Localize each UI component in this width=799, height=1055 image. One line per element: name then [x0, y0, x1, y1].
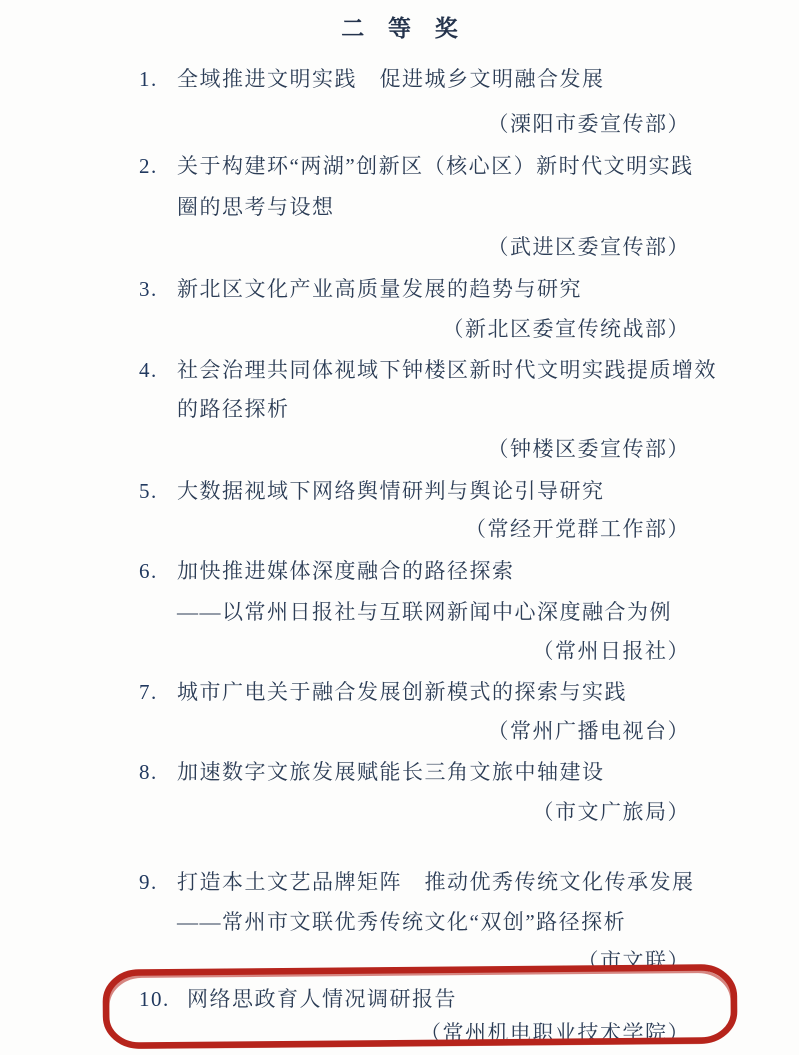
- item-number: 6.: [139, 556, 177, 586]
- page-title: 二 等 奖: [0, 10, 799, 43]
- item-title: 打造本土文艺品牌矩阵 推动优秀传统文化传承发展: [177, 870, 695, 894]
- item-org: （武进区委宣传部）: [0, 232, 799, 264]
- list-item: 5.大数据视域下网络舆情研判与舆论引导研究: [0, 476, 799, 508]
- item-title-continuation: 圈的思考与设想: [0, 192, 799, 224]
- item-title: 大数据视域下网络舆情研判与舆论引导研究: [177, 479, 605, 503]
- list-item: 1.全域推进文明实践 促进城乡文明融合发展: [0, 64, 799, 96]
- item-title: 城市广电关于融合发展创新模式的探索与实践: [177, 680, 627, 704]
- item-org: （常州机电职业技术学院）: [0, 1018, 799, 1050]
- item-subtitle: ——常州市文联优秀传统文化“双创”路径探析: [0, 907, 799, 939]
- item-number: 7.: [139, 677, 177, 707]
- item-number: 9.: [139, 867, 177, 897]
- item-subtitle: ——以常州日报社与互联网新闻中心深度融合为例: [0, 597, 799, 629]
- item-number: 2.: [139, 151, 177, 181]
- item-title: 全域推进文明实践 促进城乡文明融合发展: [177, 67, 605, 91]
- list-item: 2.关于构建环“两湖”创新区（核心区）新时代文明实践: [0, 151, 799, 183]
- item-number: 4.: [139, 355, 177, 385]
- item-org: （常州广播电视台）: [0, 716, 799, 748]
- item-number: 3.: [139, 274, 177, 304]
- document-page: 二 等 奖 1.全域推进文明实践 促进城乡文明融合发展 （溧阳市委宣传部） 2.…: [0, 0, 799, 1055]
- list-item-highlighted: 10.网络思政育人情况调研报告: [0, 984, 799, 1016]
- item-number: 5.: [139, 476, 177, 506]
- list-item: 3.新北区文化产业高质量发展的趋势与研究: [0, 274, 799, 306]
- list-item: 8.加速数字文旅发展赋能长三角文旅中轴建设: [0, 757, 799, 789]
- item-title: 网络思政育人情况调研报告: [187, 987, 457, 1011]
- item-title: 加速数字文旅发展赋能长三角文旅中轴建设: [177, 760, 605, 784]
- item-title: 新北区文化产业高质量发展的趋势与研究: [177, 277, 582, 301]
- item-org: （市文联）: [0, 946, 799, 978]
- item-title: 关于构建环“两湖”创新区（核心区）新时代文明实践: [177, 154, 694, 178]
- item-title: 加快推进媒体深度融合的路径探索: [177, 559, 515, 583]
- item-title: 社会治理共同体视域下钟楼区新时代文明实践提质增效: [177, 358, 717, 382]
- item-number: 8.: [139, 757, 177, 787]
- item-org: （常州日报社）: [0, 636, 799, 668]
- list-item: 7.城市广电关于融合发展创新模式的探索与实践: [0, 677, 799, 709]
- list-item: 9.打造本土文艺品牌矩阵 推动优秀传统文化传承发展: [0, 867, 799, 899]
- item-org: （市文广旅局）: [0, 797, 799, 829]
- item-number: 10.: [139, 984, 187, 1014]
- item-org: （溧阳市委宣传部）: [0, 109, 799, 141]
- item-org: （新北区委宣传统战部）: [0, 314, 799, 346]
- item-number: 1.: [139, 64, 177, 94]
- item-title-continuation: 的路径探析: [0, 394, 799, 426]
- item-org: （钟楼区委宣传部）: [0, 434, 799, 466]
- list-item: 6.加快推进媒体深度融合的路径探索: [0, 556, 799, 588]
- list-item: 4.社会治理共同体视域下钟楼区新时代文明实践提质增效: [0, 355, 799, 387]
- item-org: （常经开党群工作部）: [0, 514, 799, 546]
